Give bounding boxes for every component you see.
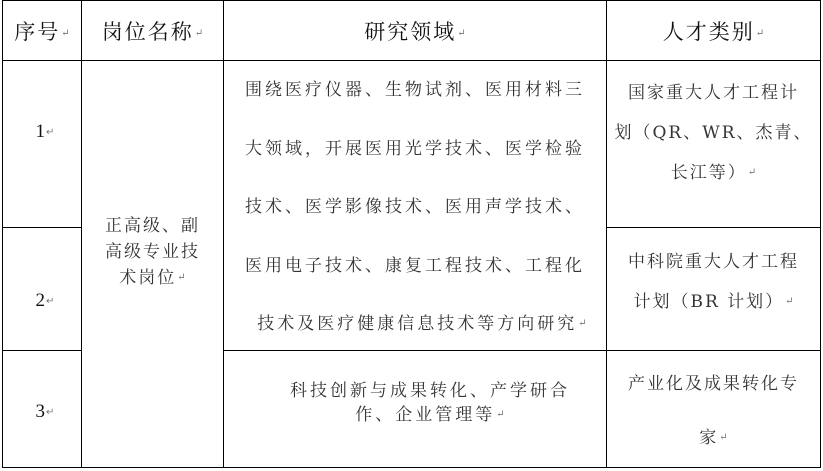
research-field-line: 围绕医疗仪器、生物试剂、医用材料三: [245, 61, 585, 120]
header-research-field-label: 研究领域: [364, 20, 456, 44]
row3-index: 3↵: [3, 351, 81, 467]
table-border-right: [820, 0, 821, 468]
paragraph-mark-icon: ↵: [785, 296, 793, 307]
header-index: 序号↵: [3, 1, 81, 60]
table-border-bottom: [2, 467, 821, 468]
row1-talent-category: 国家重大人才工程计 划（QR、WR、杰青、 长江等）↵: [607, 61, 820, 227]
talent-category-line: 家: [699, 428, 718, 448]
talent-category-line: 计划（BR 计划）: [633, 292, 784, 312]
row2-index-value: 2: [36, 290, 46, 311]
paragraph-mark-icon: ↵: [756, 28, 764, 39]
position-name-line: 正高级、副: [105, 213, 200, 239]
row1-index-value: 1: [36, 121, 46, 142]
paragraph-mark-icon: ↵: [496, 409, 504, 420]
research-field-line: 科技创新与成果转化、产学研合: [290, 379, 570, 403]
talent-category-line: 国家重大人才工程计: [628, 73, 799, 113]
talent-category-line: 长江等）: [671, 163, 747, 183]
position-name-cell: 正高级、副 高级专业技 术岗位↵: [82, 61, 223, 467]
research-field-line: 技术及医疗健康信息技术等方向研究: [257, 314, 577, 334]
position-name-line: 术岗位: [119, 268, 176, 288]
header-research-field: 研究领域↵: [224, 1, 606, 60]
row3-research-field: 科技创新与成果转化、产学研合 作、企业管理等↵: [224, 351, 606, 467]
paragraph-mark-icon: ↵: [748, 167, 756, 178]
research-field-line: 技术、医学影像技术、医用声学技术、: [245, 178, 585, 237]
position-name-line: 高级专业技: [105, 239, 200, 265]
header-position-name-label: 岗位名称: [102, 20, 194, 44]
header-talent-category: 人才类别↵: [607, 1, 820, 60]
row3-talent-category: 产业化及成果转化专 家↵: [607, 351, 820, 467]
paragraph-mark-icon: ↵: [46, 127, 54, 138]
paragraph-mark-icon: ↵: [195, 28, 203, 39]
row2-index: 2↵: [3, 228, 81, 350]
row3-index-value: 3: [36, 401, 46, 422]
paragraph-mark-icon: ↵: [578, 318, 586, 329]
talent-category-line: 中科院重大人才工程: [628, 242, 799, 282]
talent-category-line: 产业化及成果转化专: [628, 357, 799, 411]
paragraph-mark-icon: ↵: [46, 407, 54, 418]
header-index-label: 序号: [14, 20, 60, 44]
research-field-line: 作、企业管理等: [355, 405, 495, 425]
paragraph-mark-icon: ↵: [61, 28, 69, 39]
header-talent-category-label: 人才类别: [663, 20, 755, 44]
row1-index: 1↵: [3, 61, 81, 227]
paragraph-mark-icon: ↵: [719, 432, 727, 443]
row2-talent-category: 中科院重大人才工程 计划（BR 计划）↵: [607, 228, 820, 350]
talent-category-line: 划（QR、WR、杰青、: [614, 113, 812, 153]
paragraph-mark-icon: ↵: [457, 28, 465, 39]
research-field-line: 大领域，开展医用光学技术、医学检验: [245, 120, 585, 179]
paragraph-mark-icon: ↵: [46, 296, 54, 307]
research-field-line: 医用电子技术、康复工程技术、工程化: [245, 237, 585, 296]
header-position-name: 岗位名称↵: [82, 1, 223, 60]
paragraph-mark-icon: ↵: [177, 272, 185, 283]
research-field-cell-rows-1-2: 围绕医疗仪器、生物试剂、医用材料三 大领域，开展医用光学技术、医学检验 技术、医…: [224, 61, 606, 350]
